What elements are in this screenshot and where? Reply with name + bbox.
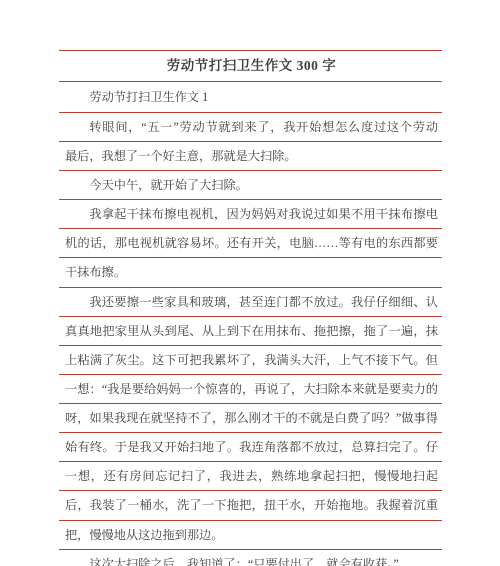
essay-text-line: 最后，我想了一个好主意，那就是大扫除。 [59, 142, 442, 171]
essay-text-line: 真真地把家里从头到尾、从上到下在用抹布、拖把擦，拖了一遍，抹布 [59, 317, 442, 346]
essay-text-line: 转眼间，“五一”劳动节就到来了，我开始想怎么度过这个劳动节， [59, 113, 442, 142]
essay-text-line: 机的话，那电视机就容易坏。还有开关，电脑……等有电的东西都要用 [59, 229, 442, 258]
essay-text-line: 把，慢慢地从这边拖到那边。 [59, 521, 442, 550]
essay-text-line: 呀，如果我现在就坚持不了，那么刚才干的不就是白费了吗？”做事得有 [59, 404, 442, 433]
essay-text-line: 后，我装了一桶水，洗了一下拖把，扭干水，开始拖地。我握着沉重的拖 [59, 491, 442, 520]
essay-text-line: 上粘满了灰尘。这下可把我累坏了，我满头大汗，上气不接下气。但我 [59, 346, 442, 375]
essay-body: 转眼间，“五一”劳动节就到来了，我开始想怎么度过这个劳动节，最后，我想了一个好主… [59, 113, 442, 565]
essay-text-line: 始有终。于是我又开始扫地了。我连角落都不放过，总算扫完了。仔细 [59, 433, 442, 462]
document-title: 劳动节打扫卫生作文 300 字 [59, 51, 442, 82]
essay-text-line: 干抹布擦。 [59, 258, 442, 287]
essay-heading: 劳动节打扫卫生作文 1 [59, 82, 442, 113]
essay-sheet: 劳动节打扫卫生作文 300 字 劳动节打扫卫生作文 1 转眼间，“五一”劳动节就… [59, 50, 442, 565]
essay-text-line: 这次大扫除之后，我知道了：“只要付出了，就会有收获。” [59, 550, 442, 565]
essay-text-line: 一想，还有房间忘记扫了，我进去，熟练地拿起扫把，慢慢地扫起来。然 [59, 462, 442, 491]
essay-text-line: 一想：“我是要给妈妈一个惊喜的，再说了，大扫除本来就是要卖力的 [59, 375, 442, 404]
essay-text-line: 我拿起干抹布擦电视机，因为妈妈对我说过如果不用干抹布擦电视 [59, 200, 442, 229]
essay-text-line: 我还要擦一些家具和玻璃，甚至连门都不放过。我仔仔细细、认认 [59, 288, 442, 317]
essay-text-line: 今天中午，就开始了大扫除。 [59, 171, 442, 200]
